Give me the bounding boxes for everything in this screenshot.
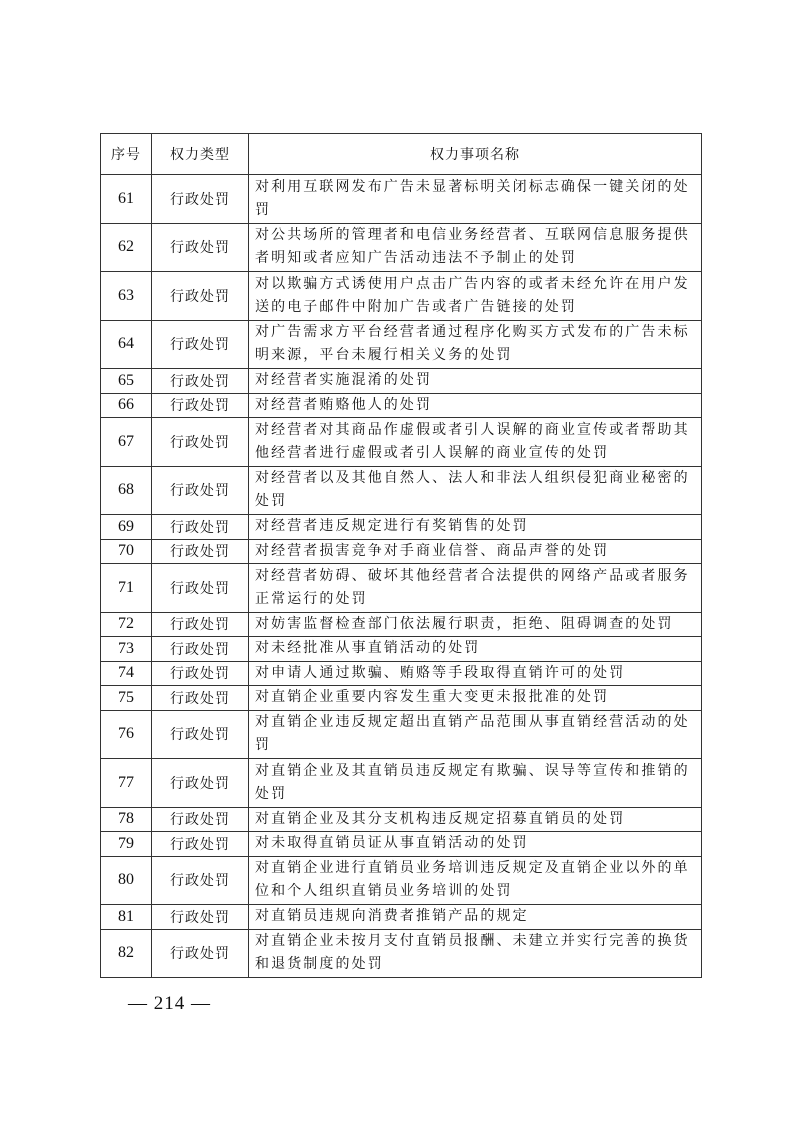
power-item-name-cell: 对直销企业违反规定超出直销产品范围从事直销经营活动的处罚 (249, 710, 702, 759)
power-type-cell: 行政处罚 (152, 686, 249, 711)
table-row: 63行政处罚对以欺骗方式诱使用户点击广告内容的或者未经允许在用户发送的电子邮件中… (101, 272, 702, 321)
power-item-name-cell: 对申请人通过欺骗、贿赂等手段取得直销许可的处罚 (249, 661, 702, 686)
table-row: 65行政处罚对经营者实施混淆的处罚 (101, 369, 702, 394)
serial-number-cell: 76 (101, 710, 152, 759)
power-type-cell: 行政处罚 (152, 320, 249, 369)
power-item-name-cell: 对直销企业重要内容发生重大变更未报批准的处罚 (249, 686, 702, 711)
table-header-row: 序号 权力类型 权力事项名称 (101, 134, 702, 175)
power-item-name-cell: 对公共场所的管理者和电信业务经营者、互联网信息服务提供者明知或者应知广告活动违法… (249, 223, 702, 272)
serial-number-cell: 62 (101, 223, 152, 272)
power-item-name-cell: 对利用互联网发布广告未显著标明关闭标志确保一键关闭的处罚 (249, 175, 702, 224)
table-row: 61行政处罚对利用互联网发布广告未显著标明关闭标志确保一键关闭的处罚 (101, 175, 702, 224)
table-row: 66行政处罚对经营者贿赂他人的处罚 (101, 393, 702, 418)
header-power-type: 权力类型 (152, 134, 249, 175)
power-item-name-cell: 对以欺骗方式诱使用户点击广告内容的或者未经允许在用户发送的电子邮件中附加广告或者… (249, 272, 702, 321)
table-row: 76行政处罚对直销企业违反规定超出直销产品范围从事直销经营活动的处罚 (101, 710, 702, 759)
serial-number-cell: 65 (101, 369, 152, 394)
power-item-name-cell: 对经营者对其商品作虚假或者引人误解的商业宣传或者帮助其他经营者进行虚假或者引人误… (249, 418, 702, 467)
page-number: — 214 — (128, 993, 211, 1015)
serial-number-cell: 82 (101, 929, 152, 978)
serial-number-cell: 73 (101, 637, 152, 662)
table-row: 73行政处罚对未经批准从事直销活动的处罚 (101, 637, 702, 662)
power-type-cell: 行政处罚 (152, 856, 249, 905)
power-type-cell: 行政处罚 (152, 759, 249, 808)
power-type-cell: 行政处罚 (152, 515, 249, 540)
serial-number-cell: 79 (101, 832, 152, 857)
power-type-cell: 行政处罚 (152, 369, 249, 394)
serial-number-cell: 74 (101, 661, 152, 686)
table-row: 64行政处罚对广告需求方平台经营者通过程序化购买方式发布的广告未标明来源，平台未… (101, 320, 702, 369)
power-item-name-cell: 对直销企业及其分支机构违反规定招募直销员的处罚 (249, 807, 702, 832)
power-item-name-cell: 对经营者损害竞争对手商业信誉、商品声誉的处罚 (249, 539, 702, 564)
power-item-name-cell: 对直销员违规向消费者推销产品的规定 (249, 905, 702, 930)
power-type-cell: 行政处罚 (152, 710, 249, 759)
table-row: 70行政处罚对经营者损害竞争对手商业信誉、商品声誉的处罚 (101, 539, 702, 564)
power-type-cell: 行政处罚 (152, 223, 249, 272)
power-type-cell: 行政处罚 (152, 393, 249, 418)
power-item-name-cell: 对未经批准从事直销活动的处罚 (249, 637, 702, 662)
serial-number-cell: 71 (101, 564, 152, 613)
power-item-name-cell: 对经营者违反规定进行有奖销售的处罚 (249, 515, 702, 540)
power-type-cell: 行政处罚 (152, 661, 249, 686)
power-type-cell: 行政处罚 (152, 175, 249, 224)
power-type-cell: 行政处罚 (152, 272, 249, 321)
serial-number-cell: 70 (101, 539, 152, 564)
power-item-name-cell: 对直销企业及其直销员违反规定有欺骗、误导等宣传和推销的处罚 (249, 759, 702, 808)
serial-number-cell: 64 (101, 320, 152, 369)
table-row: 72行政处罚对妨害监督检查部门依法履行职责，拒绝、阻碍调查的处罚 (101, 612, 702, 637)
power-type-cell: 行政处罚 (152, 905, 249, 930)
power-item-name-cell: 对经营者贿赂他人的处罚 (249, 393, 702, 418)
table-row: 67行政处罚对经营者对其商品作虚假或者引人误解的商业宣传或者帮助其他经营者进行虚… (101, 418, 702, 467)
power-item-name-cell: 对直销企业未按月支付直销员报酬、未建立并实行完善的换货和退货制度的处罚 (249, 929, 702, 978)
table-row: 69行政处罚对经营者违反规定进行有奖销售的处罚 (101, 515, 702, 540)
serial-number-cell: 81 (101, 905, 152, 930)
serial-number-cell: 77 (101, 759, 152, 808)
table-row: 74行政处罚对申请人通过欺骗、贿赂等手段取得直销许可的处罚 (101, 661, 702, 686)
power-type-cell: 行政处罚 (152, 466, 249, 515)
table-row: 71行政处罚对经营者妨碍、破坏其他经营者合法提供的网络产品或者服务正常运行的处罚 (101, 564, 702, 613)
power-type-cell: 行政处罚 (152, 637, 249, 662)
power-type-cell: 行政处罚 (152, 418, 249, 467)
power-type-cell: 行政处罚 (152, 929, 249, 978)
power-items-table: 序号 权力类型 权力事项名称 61行政处罚对利用互联网发布广告未显著标明关闭标志… (100, 133, 702, 978)
power-type-cell: 行政处罚 (152, 832, 249, 857)
serial-number-cell: 63 (101, 272, 152, 321)
table-row: 80行政处罚对直销企业进行直销员业务培训违反规定及直销企业以外的单位和个人组织直… (101, 856, 702, 905)
serial-number-cell: 68 (101, 466, 152, 515)
table-row: 79行政处罚对未取得直销员证从事直销活动的处罚 (101, 832, 702, 857)
serial-number-cell: 78 (101, 807, 152, 832)
table-row: 81行政处罚对直销员违规向消费者推销产品的规定 (101, 905, 702, 930)
power-item-name-cell: 对直销企业进行直销员业务培训违反规定及直销企业以外的单位和个人组织直销员业务培训… (249, 856, 702, 905)
table-row: 77行政处罚对直销企业及其直销员违反规定有欺骗、误导等宣传和推销的处罚 (101, 759, 702, 808)
table-row: 75行政处罚对直销企业重要内容发生重大变更未报批准的处罚 (101, 686, 702, 711)
power-type-cell: 行政处罚 (152, 807, 249, 832)
power-type-cell: 行政处罚 (152, 539, 249, 564)
power-type-cell: 行政处罚 (152, 612, 249, 637)
serial-number-cell: 67 (101, 418, 152, 467)
serial-number-cell: 66 (101, 393, 152, 418)
table-row: 68行政处罚对经营者以及其他自然人、法人和非法人组织侵犯商业秘密的处罚 (101, 466, 702, 515)
power-type-cell: 行政处罚 (152, 564, 249, 613)
table-row: 82行政处罚对直销企业未按月支付直销员报酬、未建立并实行完善的换货和退货制度的处… (101, 929, 702, 978)
power-item-name-cell: 对经营者实施混淆的处罚 (249, 369, 702, 394)
serial-number-cell: 72 (101, 612, 152, 637)
serial-number-cell: 80 (101, 856, 152, 905)
header-serial-number: 序号 (101, 134, 152, 175)
header-power-item-name: 权力事项名称 (249, 134, 702, 175)
power-item-name-cell: 对广告需求方平台经营者通过程序化购买方式发布的广告未标明来源，平台未履行相关义务… (249, 320, 702, 369)
power-item-name-cell: 对妨害监督检查部门依法履行职责，拒绝、阻碍调查的处罚 (249, 612, 702, 637)
serial-number-cell: 61 (101, 175, 152, 224)
power-item-name-cell: 对经营者以及其他自然人、法人和非法人组织侵犯商业秘密的处罚 (249, 466, 702, 515)
serial-number-cell: 69 (101, 515, 152, 540)
serial-number-cell: 75 (101, 686, 152, 711)
table-row: 62行政处罚对公共场所的管理者和电信业务经营者、互联网信息服务提供者明知或者应知… (101, 223, 702, 272)
power-item-name-cell: 对经营者妨碍、破坏其他经营者合法提供的网络产品或者服务正常运行的处罚 (249, 564, 702, 613)
power-item-name-cell: 对未取得直销员证从事直销活动的处罚 (249, 832, 702, 857)
table-row: 78行政处罚对直销企业及其分支机构违反规定招募直销员的处罚 (101, 807, 702, 832)
table-body: 61行政处罚对利用互联网发布广告未显著标明关闭标志确保一键关闭的处罚62行政处罚… (101, 175, 702, 978)
